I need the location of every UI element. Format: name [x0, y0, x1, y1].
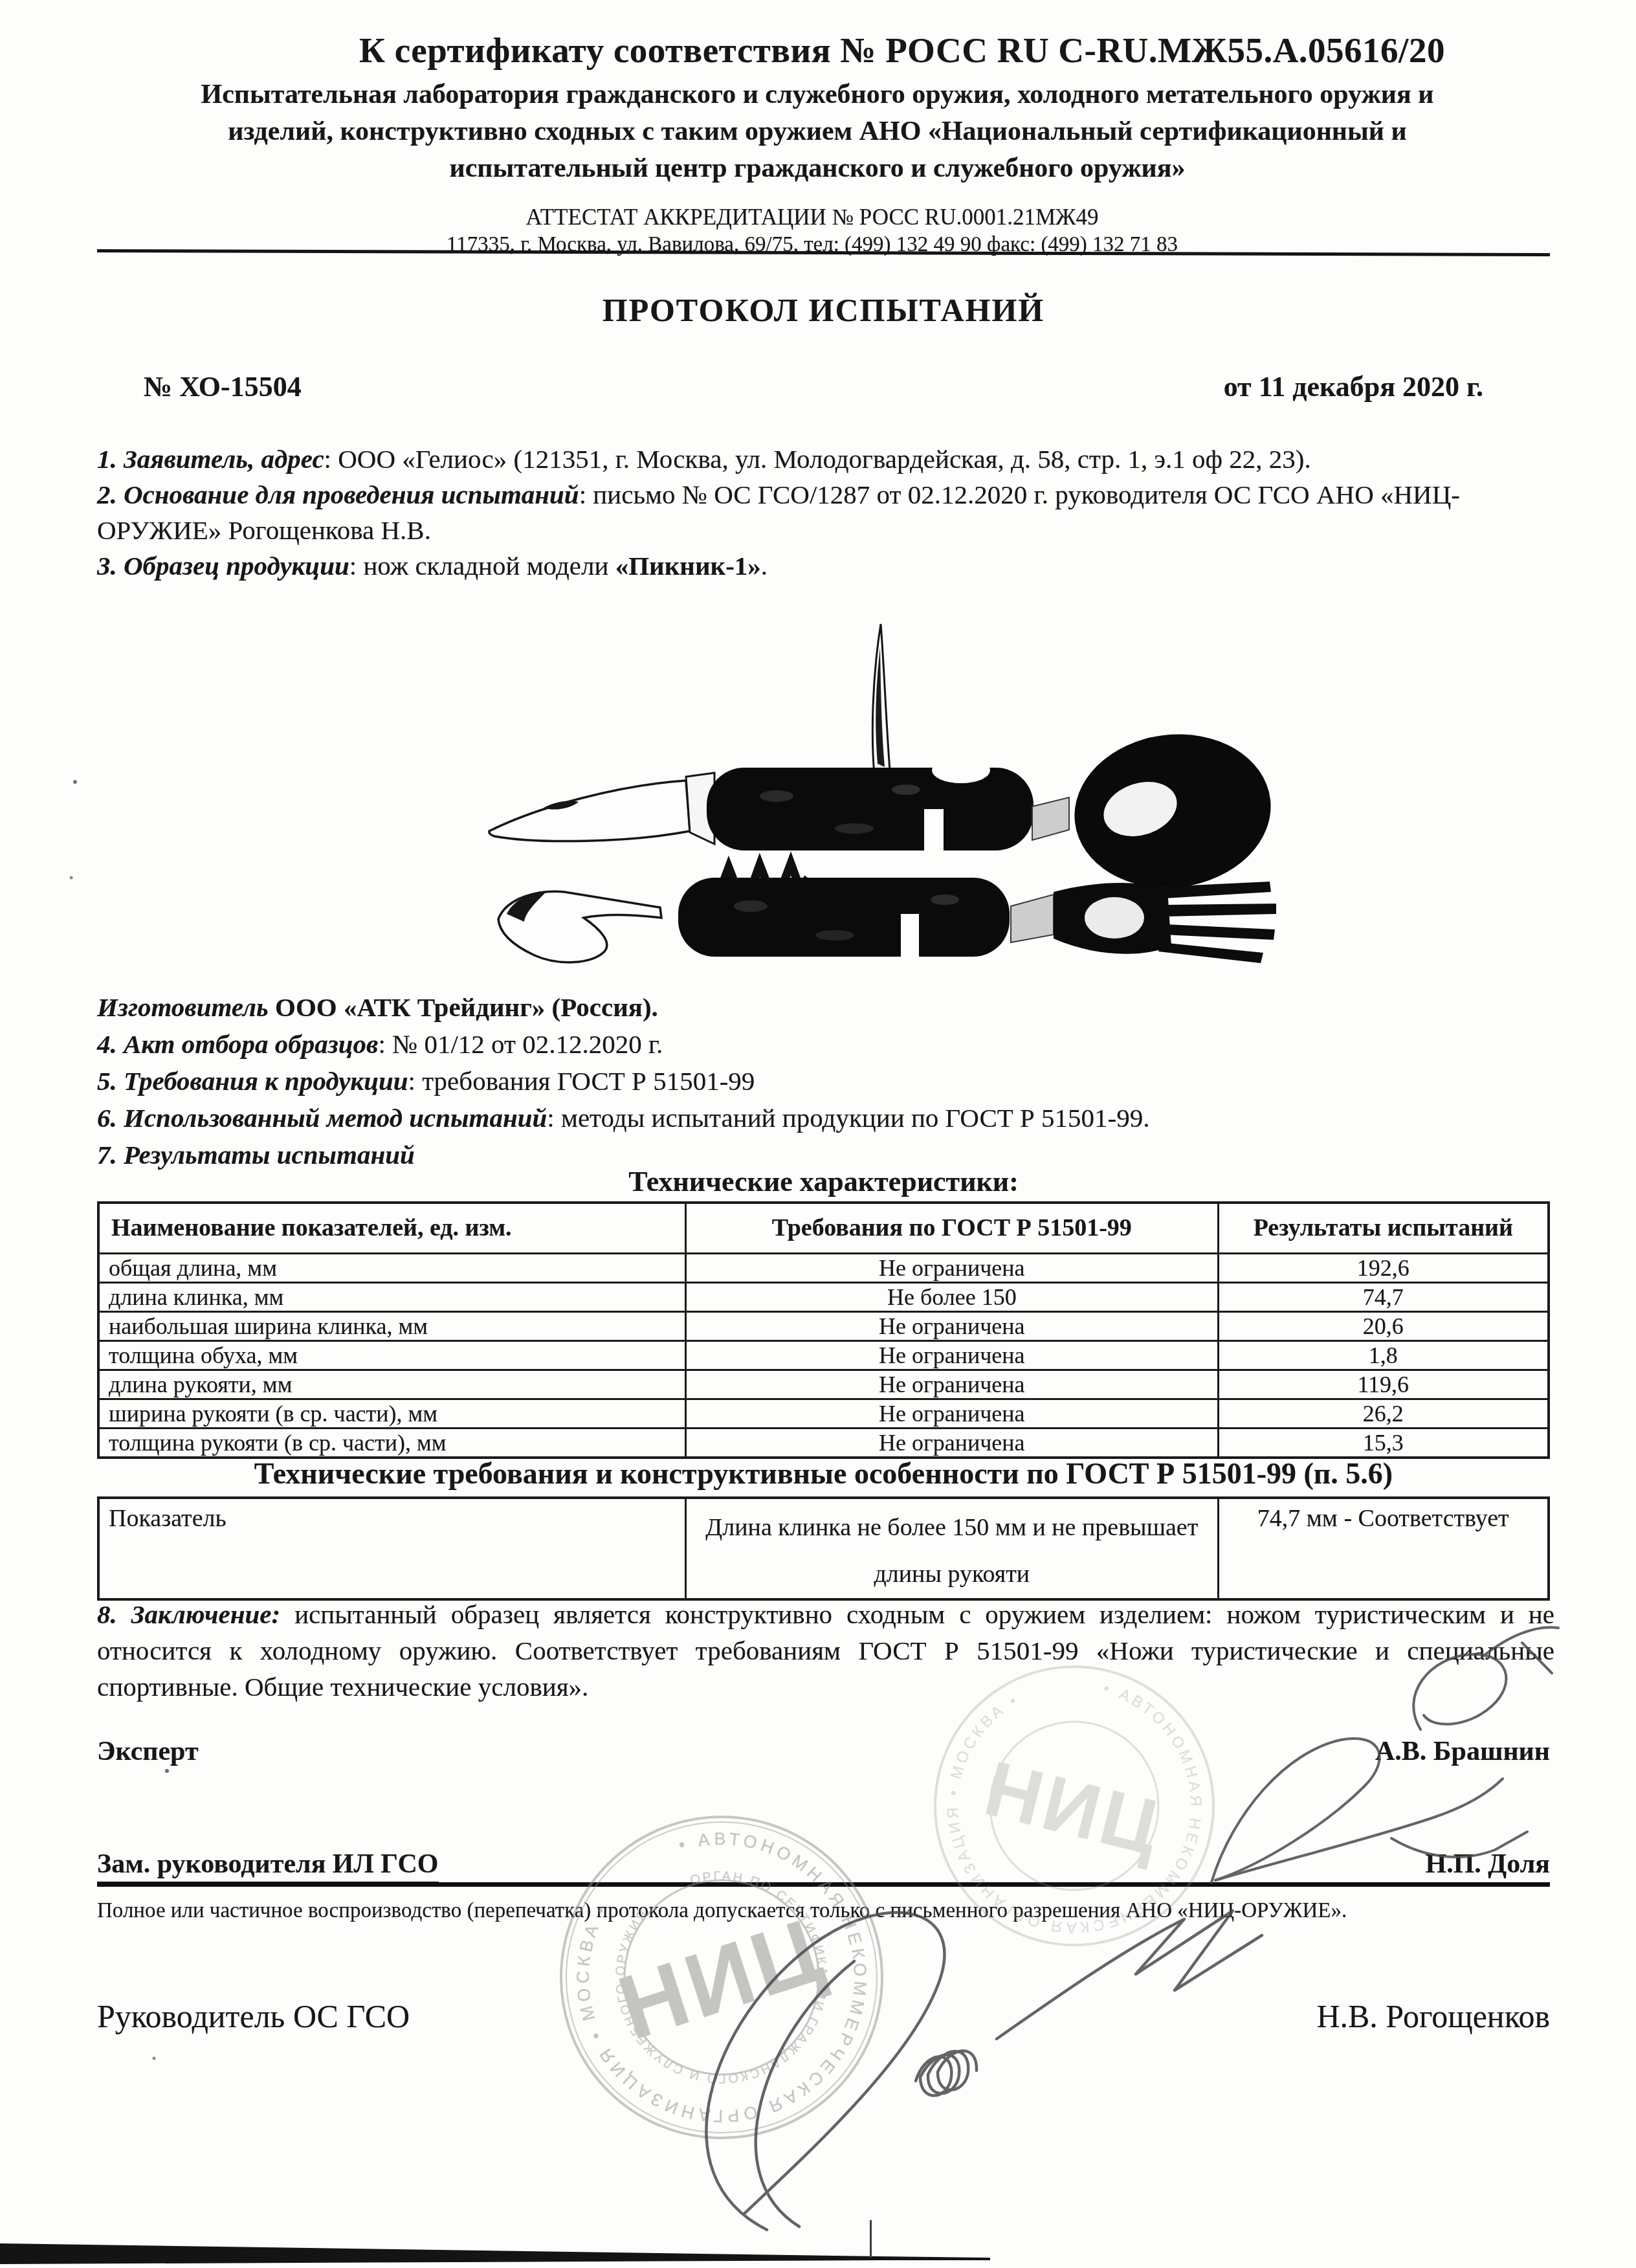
folding-knife-multitool-image	[324, 615, 1359, 971]
table-row: толщина рукояти (в ср. части), ммНе огра…	[98, 1428, 1549, 1458]
signature-head-handwriting	[706, 1911, 1262, 2230]
reproduction-disclaimer: Полное или частичное воспроизводство (пе…	[97, 1899, 1550, 1923]
item-requirements-label: 5. Требования к продукции	[97, 1066, 408, 1096]
scan-edge-artifact	[0, 2243, 990, 2264]
item-basis: 2. Основание для проведения испытаний: п…	[97, 477, 1554, 548]
conclusion-label: 8. Заключение:	[97, 1599, 280, 1629]
item-method-text: : методы испытаний продукции по ГОСТ Р 5…	[547, 1103, 1149, 1133]
expert-name: А.В. Брашнин	[1375, 1736, 1550, 1767]
item-act-label: 4. Акт отбора образцов	[97, 1029, 378, 1059]
cell-parameter: толщина обуха, мм	[98, 1340, 686, 1370]
table-row: наибольшая ширина клинка, ммНе ограничен…	[98, 1311, 1549, 1340]
cell-result: 1,8	[1218, 1340, 1549, 1370]
intro-paragraphs: 1. Заявитель, адрес: ООО «Гелиос» (12135…	[97, 441, 1554, 584]
cell-parameter: ширина рукояти (в ср. части), мм	[98, 1399, 686, 1428]
table-row: длина клинка, ммНе более 15074,7	[98, 1282, 1549, 1311]
spec-table: Наименование показателей, ед. изм. Требо…	[97, 1201, 1550, 1459]
item-sample-period: .	[761, 551, 768, 581]
table-row: длина рукояти, ммНе ограничена119,6	[98, 1370, 1549, 1399]
head-label: Руководитель ОС ГСО	[97, 1998, 410, 2034]
item-method: 6. Использованный метод испытаний: метод…	[97, 1100, 1554, 1137]
table-row: толщина обуха, ммНе ограничена1,8	[98, 1340, 1549, 1370]
product-photo-folding-knife	[324, 615, 1359, 971]
maker-line: Изготовитель ООО «АТК Трейдинг» (Россия)…	[97, 989, 1554, 1026]
table-row: ширина рукояти (в ср. части), ммНе огран…	[98, 1399, 1549, 1428]
expert-signature-row: Эксперт А.В. Брашнин	[97, 1736, 1550, 1767]
cell-result: 20,6	[1218, 1311, 1549, 1340]
item-applicant-label: 1. Заявитель, адрес	[97, 444, 324, 474]
spec-table-title: Технические характеристики:	[97, 1165, 1550, 1198]
cell-requirement: Не ограничена	[686, 1370, 1218, 1399]
item-sample-model: «Пикник-1»	[615, 551, 761, 581]
req-cell-parameter: Показатель	[98, 1498, 686, 1599]
expert-label: Эксперт	[97, 1737, 199, 1766]
deputy-label: Зам. руководителя ИЛ ГСО	[97, 1849, 439, 1884]
seal-ring-text-outer: • АВТОНОМНАЯ НЕКОММЕРЧЕСКАЯ ОРГАНИЗАЦИЯ …	[535, 1790, 909, 2164]
req-cell-requirement: Длина клинка не более 150 мм и не превыш…	[686, 1498, 1218, 1599]
cell-parameter: длина рукояти, мм	[98, 1370, 686, 1399]
item-sample-text: : нож складной модели	[349, 551, 615, 581]
signature-divider	[97, 1882, 1550, 1887]
scan-speckle	[165, 1769, 169, 1773]
cell-result: 119,6	[1218, 1370, 1549, 1399]
cell-parameter: толщина рукояти (в ср. части), мм	[98, 1428, 686, 1458]
item-basis-label: 2. Основание для проведения испытаний	[97, 480, 579, 509]
cell-requirement: Не ограничена	[686, 1399, 1218, 1428]
item-requirements: 5. Требования к продукции: требования ГО…	[97, 1063, 1554, 1100]
item-act: 4. Акт отбора образцов: № 01/12 от 02.12…	[97, 1026, 1554, 1063]
table-row: общая длина, ммНе ограничена192,6	[98, 1253, 1549, 1282]
certificate-reference-line: К сертификату соответствия № РОСС RU C-R…	[359, 30, 1445, 71]
maker-label: Изготовитель	[97, 992, 269, 1022]
cell-requirement: Не ограничена	[686, 1253, 1218, 1282]
req-table-title: Технические требования и конструктивные …	[97, 1456, 1550, 1491]
cell-parameter: длина клинка, мм	[98, 1282, 686, 1311]
cell-result: 74,7	[1218, 1282, 1549, 1311]
req-cell-result: 74,7 мм - Соответствует	[1218, 1498, 1549, 1599]
item-applicant: 1. Заявитель, адрес: ООО «Гелиос» (12135…	[97, 441, 1554, 477]
accreditation-line: АТТЕСТАТ АККРЕДИТАЦИИ № РОСС RU.0001.21М…	[97, 205, 1527, 230]
cell-parameter: общая длина, мм	[98, 1253, 686, 1282]
cell-requirement: Не ограничена	[686, 1340, 1218, 1370]
req-table: Показатель Длина клинка не более 150 мм …	[97, 1496, 1550, 1601]
spec-col-parameter: Наименование показателей, ед. изм.	[98, 1203, 686, 1253]
cell-requirement: Не более 150	[686, 1282, 1218, 1311]
scan-tick-artifact	[870, 2220, 872, 2258]
deputy-signature-row: Зам. руководителя ИЛ ГСО Н.П. Доля	[97, 1849, 1550, 1880]
maker-text: ООО «АТК Трейдинг» (Россия).	[269, 992, 658, 1022]
cell-requirement: Не ограничена	[686, 1311, 1218, 1340]
svg-text:• АВТОНОМНАЯ НЕКОММЕРЧЕСКАЯ ОР: • АВТОНОМНАЯ НЕКОММЕРЧЕСКАЯ ОРГАНИЗАЦИЯ …	[535, 1790, 909, 2164]
round-seal-main: • АВТОНОМНАЯ НЕКОММЕРЧЕСКАЯ ОРГАНИЗАЦИЯ …	[520, 1775, 924, 2180]
cell-result: 26,2	[1218, 1399, 1549, 1428]
laboratory-name: Испытательная лаборатория гражданского и…	[199, 76, 1435, 187]
cell-result: 192,6	[1218, 1253, 1549, 1282]
cell-requirement: Не ограничена	[686, 1428, 1218, 1458]
item-method-label: 6. Использованный метод испытаний	[97, 1103, 547, 1133]
item-sample: 3. Образец продукции: нож складной модел…	[97, 548, 1554, 584]
scan-speckle	[70, 876, 73, 880]
item-applicant-text: : ООО «Гелиос» (121351, г. Москва, ул. М…	[324, 444, 1311, 474]
head-name: Н.В. Рогощенков	[1316, 1997, 1550, 2035]
detail-paragraphs: Изготовитель ООО «АТК Трейдинг» (Россия)…	[97, 989, 1554, 1173]
spec-table-header-row: Наименование показателей, ед. изм. Требо…	[98, 1203, 1549, 1253]
scan-speckle	[153, 2057, 156, 2060]
item-requirements-text: : требования ГОСТ Р 51501-99	[408, 1066, 755, 1096]
cell-result: 15,3	[1218, 1428, 1549, 1458]
item-sample-label: 3. Образец продукции	[97, 551, 349, 581]
deputy-name: Н.П. Доля	[1426, 1849, 1550, 1885]
page-title: ПРОТОКОЛ ИСПЫТАНИЙ	[97, 291, 1550, 329]
tool-top-knife-spoon	[489, 624, 1279, 899]
scan-speckle	[73, 780, 77, 784]
conclusion-text: испытанный образец является конструктивн…	[97, 1599, 1554, 1702]
head-signature-row: Руководитель ОС ГСО Н.В. Рогощенков	[97, 1997, 1550, 2035]
scanned-test-protocol-page: К сертификату соответствия № РОСС RU C-R…	[0, 0, 1636, 2268]
cell-parameter: наибольшая ширина клинка, мм	[98, 1311, 686, 1340]
conclusion-paragraph: 8. Заключение: испытанный образец являет…	[97, 1596, 1554, 1705]
item-act-text: : № 01/12 от 02.12.2020 г.	[378, 1029, 663, 1059]
spec-col-requirement: Требования по ГОСТ Р 51501-99	[686, 1203, 1218, 1253]
table-row: Показатель Длина клинка не более 150 мм …	[98, 1498, 1549, 1599]
protocol-date: от 11 декабря 2020 г.	[97, 370, 1483, 403]
spec-col-result: Результаты испытаний	[1218, 1203, 1549, 1253]
